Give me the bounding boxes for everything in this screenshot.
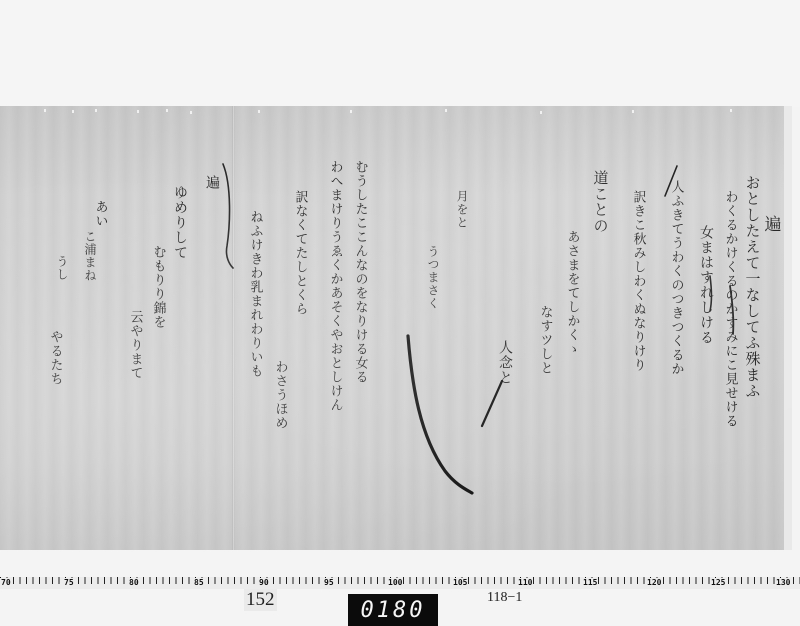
- ruler-label: 70: [0, 578, 12, 587]
- ruler-label: 100: [387, 578, 403, 587]
- ruler-label: 80: [128, 578, 140, 587]
- scanner-background-top: [0, 0, 800, 107]
- measurement-ruler: 707580859095100105110115120125130: [0, 577, 800, 589]
- ruler-label: 120: [646, 578, 662, 587]
- ruler-label: 105: [452, 578, 468, 587]
- brush-strokes: [0, 106, 792, 550]
- ruler-label: 130: [775, 578, 791, 587]
- manuscript-sheet: 遍おとしたえて一なしてふ殊まふわくるかけくるのかすみにこ見せける女まはすれしける…: [0, 106, 792, 550]
- frame-counter: 0180: [348, 594, 438, 626]
- page-number: 152: [244, 589, 277, 611]
- ruler-label: 125: [710, 578, 726, 587]
- item-label: 118−1: [487, 590, 522, 606]
- ruler-label: 90: [258, 578, 270, 587]
- ruler-label: 95: [323, 578, 335, 587]
- ruler-label: 75: [63, 578, 75, 587]
- ruler-label: 85: [193, 578, 205, 587]
- ruler-label: 115: [582, 578, 598, 587]
- ruler-label: 110: [517, 578, 533, 587]
